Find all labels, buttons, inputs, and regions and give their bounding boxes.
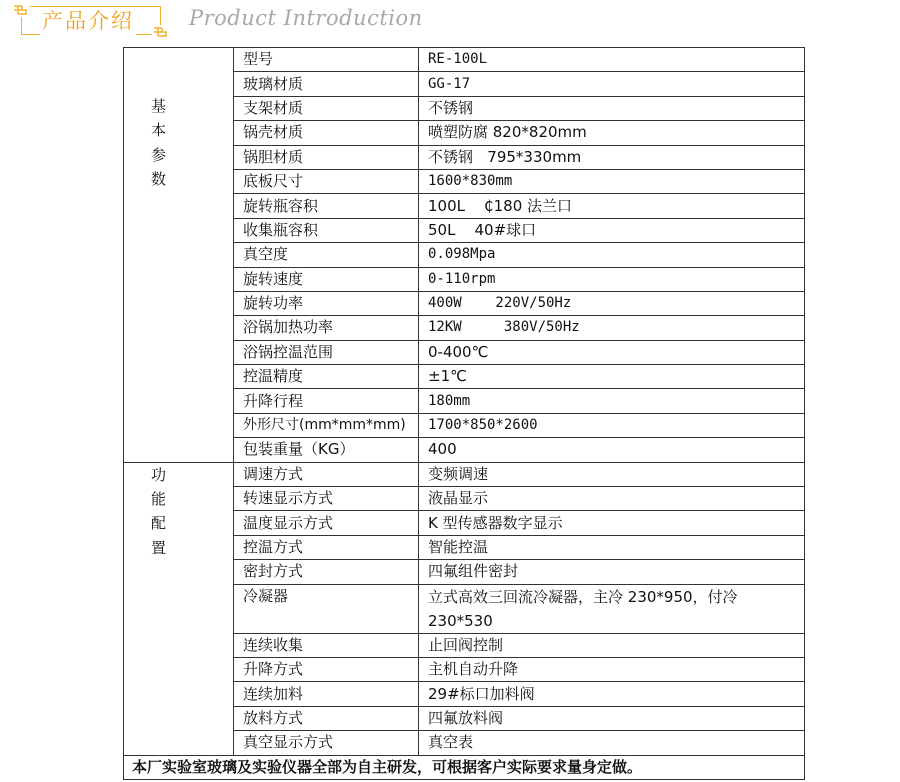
config-value: 四氟组件密封 xyxy=(419,560,805,584)
param-key: 旋转瓶容积 xyxy=(234,194,419,218)
param-value: 400W 220V/50Hz xyxy=(419,291,805,315)
config-key: 温度显示方式 xyxy=(234,511,419,535)
param-value: ±1℃ xyxy=(419,365,805,389)
config-key: 控温方式 xyxy=(234,535,419,559)
param-value: 1600*830mm xyxy=(419,169,805,193)
param-key: 浴锅控温范围 xyxy=(234,340,419,364)
config-value: K 型传感器数字显示 xyxy=(419,511,805,535)
config-key: 连续加料 xyxy=(234,682,419,706)
param-value: 400 xyxy=(419,438,805,462)
param-key: 旋转速度 xyxy=(234,267,419,291)
group-label: 基本参数 xyxy=(151,94,167,192)
config-key: 密封方式 xyxy=(234,560,419,584)
param-value: GG-17 xyxy=(419,72,805,96)
config-key: 升降方式 xyxy=(234,657,419,681)
param-key: 型号 xyxy=(234,48,419,72)
config-value: 液晶显示 xyxy=(419,487,805,511)
config-value: 变频调速 xyxy=(419,462,805,486)
param-value: RE-100L xyxy=(419,48,805,72)
config-value: 智能控温 xyxy=(419,535,805,559)
config-key: 真空显示方式 xyxy=(234,731,419,755)
group-basic-params: 基本参数 xyxy=(124,48,234,463)
param-value: 0-110rpm xyxy=(419,267,805,291)
title-chinese: 产品介绍 xyxy=(40,7,136,35)
table-row: 基本参数 型号 RE-100L xyxy=(124,48,805,72)
config-value: 真空表 xyxy=(419,731,805,755)
param-value: 不锈钢 xyxy=(419,96,805,120)
config-value: 四氟放料阀 xyxy=(419,706,805,730)
param-key: 底板尺寸 xyxy=(234,169,419,193)
param-value: 100L ₵180 法兰口 xyxy=(419,194,805,218)
config-key: 调速方式 xyxy=(234,462,419,486)
param-key: 支架材质 xyxy=(234,96,419,120)
param-key: 控温精度 xyxy=(234,365,419,389)
param-key: 真空度 xyxy=(234,243,419,267)
config-key: 连续收集 xyxy=(234,633,419,657)
param-key: 浴锅加热功率 xyxy=(234,316,419,340)
config-value: 止回阀控制 xyxy=(419,633,805,657)
param-value: 喷塑防腐 820*820mm xyxy=(419,121,805,145)
config-key: 冷凝器 xyxy=(234,584,419,633)
param-key: 锅胆材质 xyxy=(234,145,419,169)
knot-ornament-icon xyxy=(12,3,30,17)
param-key: 旋转功率 xyxy=(234,291,419,315)
param-value: 180mm xyxy=(419,389,805,413)
table-row: 功能配置 调速方式 变频调速 xyxy=(124,462,805,486)
param-value: 50L 40#球口 xyxy=(419,218,805,242)
title-ornament: 产品介绍 xyxy=(12,3,164,37)
footer-row: 本厂实验室玻璃及实验仪器全部为自主研发，可根据客户实际要求量身定做。 xyxy=(124,755,805,779)
param-value: 0-400℃ xyxy=(419,340,805,364)
param-key: 收集瓶容积 xyxy=(234,218,419,242)
param-key: 锅壳材质 xyxy=(234,121,419,145)
knot-ornament-icon xyxy=(152,25,170,39)
config-value: 主机自动升降 xyxy=(419,657,805,681)
param-value: 不锈钢 795*330mm xyxy=(419,145,805,169)
param-value: 12KW 380V/50Hz xyxy=(419,316,805,340)
footer-note: 本厂实验室玻璃及实验仪器全部为自主研发，可根据客户实际要求量身定做。 xyxy=(124,755,805,779)
section-header: 产品介绍 Product Introduction xyxy=(0,0,900,44)
group-label: 功能配置 xyxy=(151,463,167,561)
config-key: 放料方式 xyxy=(234,706,419,730)
param-key: 包装重量（KG） xyxy=(234,438,419,462)
param-key: 外形尺寸(mm*mm*mm) xyxy=(234,413,419,437)
param-key: 玻璃材质 xyxy=(234,72,419,96)
param-key: 升降行程 xyxy=(234,389,419,413)
config-key: 转速显示方式 xyxy=(234,487,419,511)
param-value: 1700*850*2600 xyxy=(419,413,805,437)
param-value: 0.098Mpa xyxy=(419,243,805,267)
config-value: 29#标口加料阀 xyxy=(419,682,805,706)
group-function-config: 功能配置 xyxy=(124,462,234,755)
spec-table: 基本参数 型号 RE-100L 玻璃材质GG-17 支架材质不锈钢 锅壳材质喷塑… xyxy=(123,47,805,780)
title-english: Product Introduction xyxy=(189,4,423,32)
config-value: 立式高效三回流冷凝器，主冷 230*950，付冷 230*530 xyxy=(419,584,805,633)
